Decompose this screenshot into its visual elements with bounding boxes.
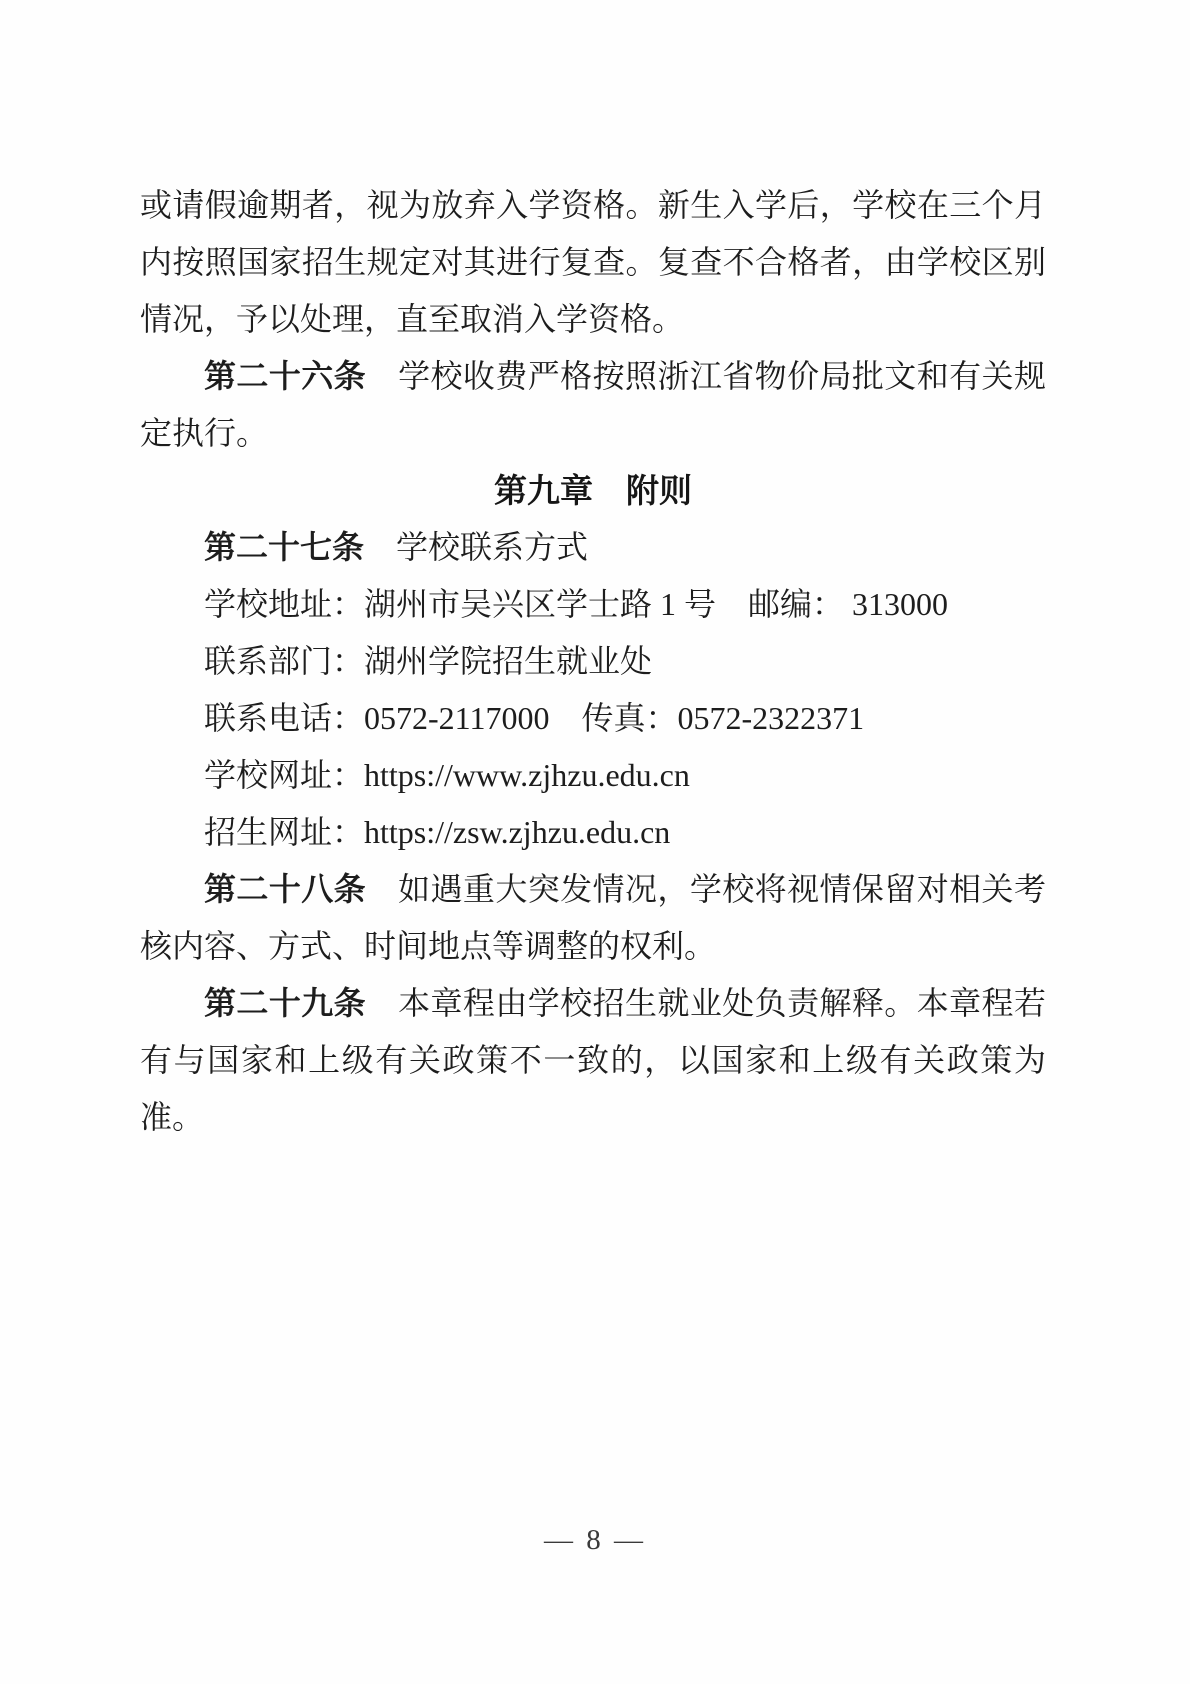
paragraph-article-29: 第二十九条本章程由学校招生就业处负责解释。本章程若有与国家和上级有关政策不一致的… [140,975,1046,1146]
article-27-text: 学校联系方式 [396,529,588,565]
chapter-9-heading: 第九章 附则 [140,462,1046,519]
contact-address-line: 学校地址：湖州市吴兴区学士路 1 号 邮编： 313000 [140,576,1046,633]
paragraph-article-26: 第二十六条学校收费严格按照浙江省物价局批文和有关规定执行。 [140,348,1046,462]
contact-school-website-line: 学校网址：https://www.zjhzu.edu.cn [140,747,1046,804]
contact-admissions-website-line: 招生网址：https://zsw.zjhzu.edu.cn [140,804,1046,861]
article-29-term: 第二十九条 [204,985,366,1021]
article-27-term: 第二十七条 [204,529,364,565]
article-26-term: 第二十六条 [204,358,366,394]
paragraph-article-27: 第二十七条学校联系方式 [140,519,1046,576]
page-number: — 8 — [0,1524,1190,1557]
document-page: 或请假逾期者，视为放弃入学资格。新生入学后，学校在三个月内按照国家招生规定对其进… [0,0,1190,1684]
article-28-term: 第二十八条 [204,871,366,907]
paragraph-enrollment-review: 或请假逾期者，视为放弃入学资格。新生入学后，学校在三个月内按照国家招生规定对其进… [140,177,1046,348]
document-body: 或请假逾期者，视为放弃入学资格。新生入学后，学校在三个月内按照国家招生规定对其进… [140,177,1046,1146]
contact-phone-fax-line: 联系电话：0572-2117000 传真：0572-2322371 [140,690,1046,747]
contact-department-line: 联系部门：湖州学院招生就业处 [140,633,1046,690]
paragraph-article-28: 第二十八条如遇重大突发情况，学校将视情保留对相关考核内容、方式、时间地点等调整的… [140,861,1046,975]
